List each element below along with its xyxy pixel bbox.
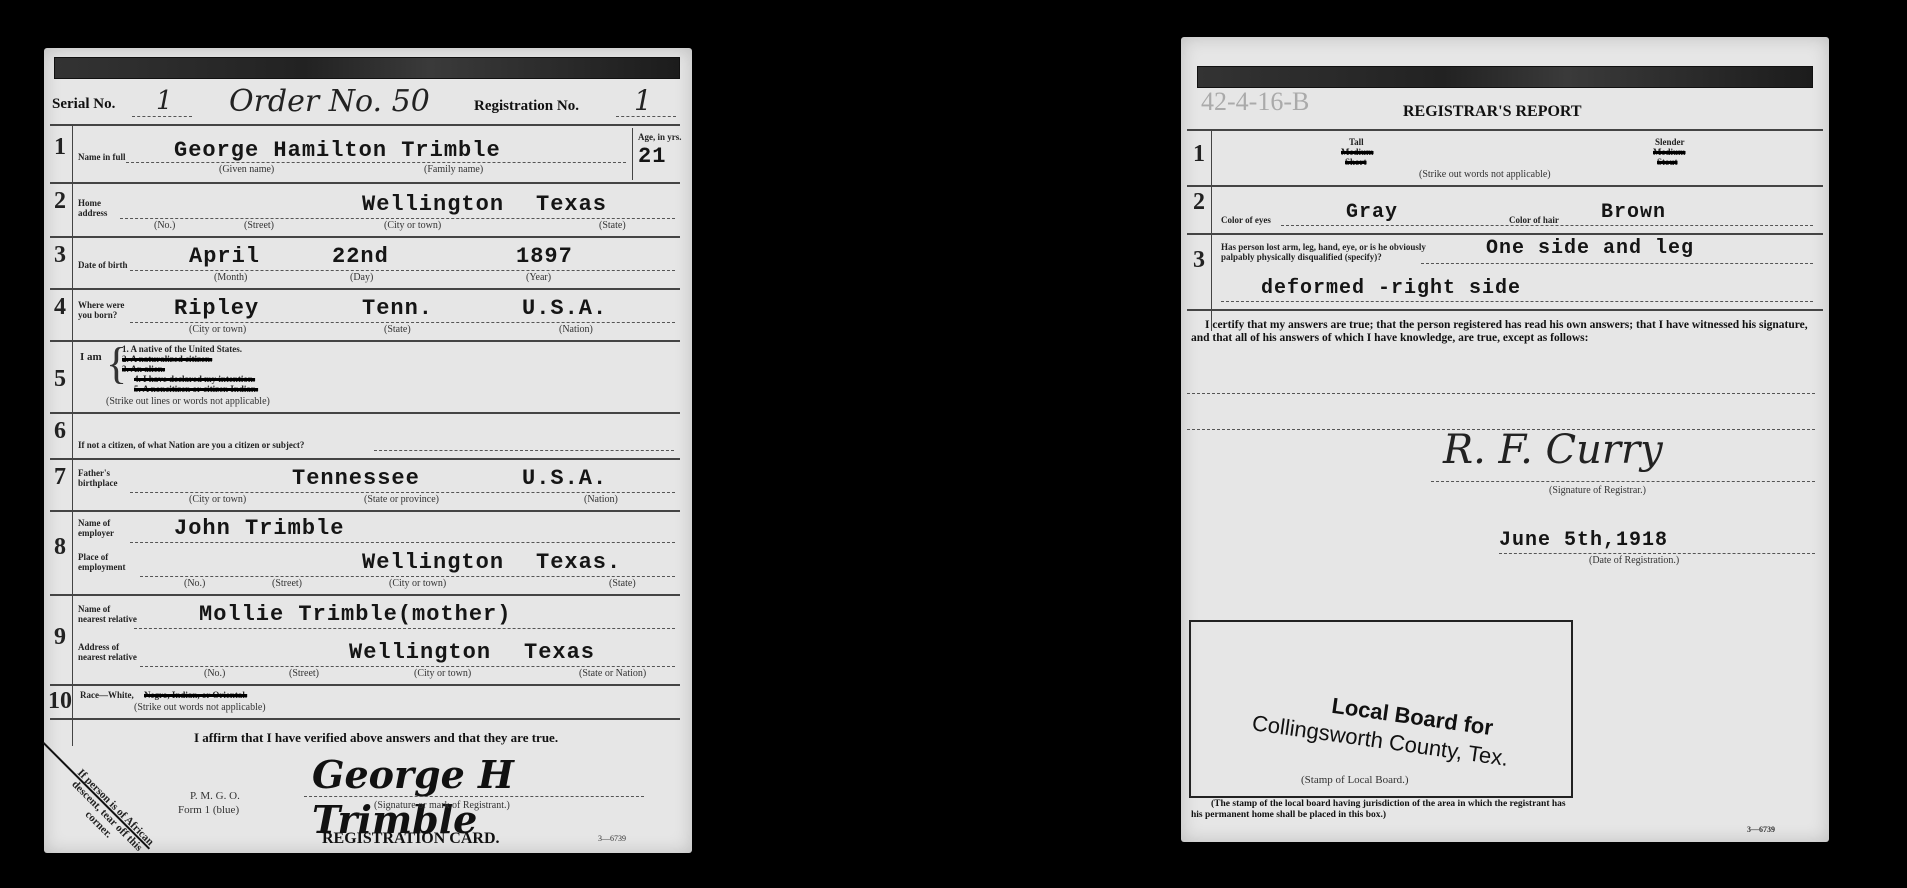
r1-height-struck-2: Short <box>1345 157 1367 167</box>
q3-number: 3 <box>54 242 66 269</box>
q7-state: Tennessee <box>292 466 420 491</box>
q8-state: Texas. <box>536 550 621 575</box>
order-note: Order No. 50 <box>229 84 430 119</box>
registration-card: Serial No. 1 Order No. 50 Registration N… <box>44 48 692 853</box>
q5-option-1: 1. A native of the United States. <box>122 344 242 354</box>
q9-city: Wellington <box>349 640 491 665</box>
local-board-stamp-box: Local Board for Collingsworth County, Te… <box>1189 620 1573 798</box>
q7-label: Father's birthplace <box>78 468 128 488</box>
registrar-signature-label: (Signature of Registrar.) <box>1549 485 1646 496</box>
q8-place-label: Place of employment <box>78 552 138 572</box>
form-code: 3—6739 <box>598 834 626 843</box>
q7-sub-state: (State or province) <box>364 494 439 505</box>
registration-date-label: (Date of Registration.) <box>1589 555 1679 566</box>
q3-sub-month: (Month) <box>214 272 247 283</box>
q8-sub-no: (No.) <box>184 578 205 589</box>
registrar-report-card: 42-4-16-B REGISTRAR'S REPORT 1 Tall Medi… <box>1181 37 1829 842</box>
q1-label: Name in full <box>78 152 126 162</box>
q7-sub-nation: (Nation) <box>584 494 618 505</box>
q2-label: Home address <box>78 198 118 218</box>
q10-note: (Strike out words not applicable) <box>134 702 266 713</box>
affirmation-text: I affirm that I have verified above answ… <box>194 730 558 746</box>
q9-sub-street: (Street) <box>289 668 319 679</box>
corner-note: If person is of African descent, tear of… <box>55 764 158 867</box>
q4-sub-state: (State) <box>384 324 411 335</box>
r3-answer-line2: deformed -right side <box>1261 277 1521 300</box>
q1-sub-given: (Given name) <box>219 164 274 175</box>
q8-sub-city: (City or town) <box>389 578 446 589</box>
q9-relative: Mollie Trimble(mother) <box>199 602 511 627</box>
registration-value: 1 <box>634 84 652 117</box>
q10-number: 10 <box>48 688 72 715</box>
registration-date: June 5th,1918 <box>1499 529 1668 552</box>
q5-label: I am <box>80 352 102 362</box>
q4-state: Tenn. <box>362 296 433 321</box>
q5-number: 5 <box>54 366 66 393</box>
q3-label: Date of birth <box>78 260 128 270</box>
q5-option-2: 2. A naturalized citizen. <box>122 354 212 364</box>
registrar-signature: R. F. Curry <box>1443 427 1663 473</box>
q2-sub-state: (State) <box>599 220 626 231</box>
q8-sub-state: (State) <box>609 578 636 589</box>
q2-sub-city: (City or town) <box>384 220 441 231</box>
r1-height-struck-1: Medium <box>1341 147 1374 157</box>
r3-label-line2: palpably physically disqualified (specif… <box>1221 252 1382 262</box>
q5-note: (Strike out lines or words not applicabl… <box>106 396 270 407</box>
registrant-signature-label: (Signature or mark of Registrant.) <box>374 800 510 811</box>
q4-label: Where were you born? <box>78 300 128 320</box>
r2-number: 2 <box>1193 189 1205 216</box>
q8-number: 8 <box>54 534 66 561</box>
q5-option-3: 3. An alien. <box>122 364 165 374</box>
pmgo-label: P. M. G. O. <box>190 790 240 802</box>
q2-number: 2 <box>54 188 66 215</box>
q2-sub-no: (No.) <box>154 220 175 231</box>
q9-sub-no: (No.) <box>204 668 225 679</box>
q6-number: 6 <box>54 418 66 445</box>
q9-number: 9 <box>54 624 66 651</box>
q1-age-value: 21 <box>638 144 666 169</box>
q7-sub-city: (City or town) <box>189 494 246 505</box>
card-header-band <box>54 57 680 79</box>
q8-sub-street: (Street) <box>272 578 302 589</box>
r1-number: 1 <box>1193 141 1205 168</box>
q7-number: 7 <box>54 464 66 491</box>
registration-card-title: REGISTRATION CARD. <box>322 830 500 848</box>
q4-sub-city: (City or town) <box>189 324 246 335</box>
form-label: Form 1 (blue) <box>178 804 239 816</box>
r2-eyes-label: Color of eyes <box>1221 215 1271 225</box>
r1-note: (Strike out words not applicable) <box>1419 169 1551 180</box>
q9-sub-city: (City or town) <box>414 668 471 679</box>
report-title: REGISTRAR'S REPORT <box>1403 103 1582 121</box>
q4-number: 4 <box>54 294 66 321</box>
r2-eyes-value: Gray <box>1346 201 1398 224</box>
r1-build-struck-2: Stout <box>1657 157 1678 167</box>
q4-city: Ripley <box>174 296 259 321</box>
q5-option-5: 5. A noncitizen or citizen Indian. <box>134 384 258 394</box>
q3-sub-year: (Year) <box>526 272 551 283</box>
q4-nation: U.S.A. <box>522 296 607 321</box>
certification-text: I certify that my answers are true; that… <box>1191 319 1819 345</box>
r2-hair-value: Brown <box>1601 201 1666 224</box>
q1-number: 1 <box>54 134 66 161</box>
q1-age-label: Age, in yrs. <box>638 132 682 142</box>
registration-label: Registration No. <box>474 98 579 115</box>
serial-label: Serial No. <box>52 96 115 113</box>
q3-month: April <box>189 244 260 269</box>
stamp-label: (Stamp of Local Board.) <box>1301 774 1409 786</box>
q8-employer-label: Name of employer <box>78 518 128 538</box>
q9-relative-label: Name of nearest relative <box>78 604 138 624</box>
report-stamp-code: 42-4-16-B <box>1201 87 1309 117</box>
r1-build-struck-1: Medium <box>1653 147 1686 157</box>
r3-number: 3 <box>1193 247 1205 274</box>
q10-struck: Negro, Indian, or Oriental. <box>144 690 247 700</box>
serial-value: 1 <box>156 86 173 116</box>
report-form-code: 3—6739 <box>1747 825 1775 834</box>
q9-state: Texas <box>524 640 595 665</box>
q3-year: 1897 <box>516 244 573 269</box>
q2-sub-street: (Street) <box>244 220 274 231</box>
q9-sub-state: (State or Nation) <box>579 668 646 679</box>
q8-employer: John Trimble <box>174 516 344 541</box>
q4-sub-nation: (Nation) <box>559 324 593 335</box>
q1-name-value: George Hamilton Trimble <box>174 138 501 163</box>
q6-label: If not a citizen, of what Nation are you… <box>78 440 304 450</box>
q9-address-label: Address of nearest relative <box>78 642 138 662</box>
r3-label-line1: Has person lost arm, leg, hand, eye, or … <box>1221 242 1426 252</box>
q10-label: Race—White, <box>80 690 134 700</box>
q1-sub-family: (Family name) <box>424 164 483 175</box>
q3-day: 22nd <box>332 244 389 269</box>
stamp-note: (The stamp of the local board having jur… <box>1191 799 1571 821</box>
r1-build-selected: Slender <box>1655 137 1685 147</box>
q5-option-4: 4. I have declared my intention. <box>134 374 255 384</box>
q3-sub-day: (Day) <box>350 272 373 283</box>
r2-hair-label: Color of hair <box>1509 215 1559 225</box>
q2-city: Wellington <box>362 192 504 217</box>
registrant-signature: George H Trimble <box>312 752 692 842</box>
q2-state: Texas <box>536 192 607 217</box>
q7-nation: U.S.A. <box>522 466 607 491</box>
q8-city: Wellington <box>362 550 504 575</box>
r1-height-selected: Tall <box>1349 137 1364 147</box>
report-header-band <box>1197 66 1813 88</box>
r3-answer-line1: One side and leg <box>1486 237 1694 260</box>
